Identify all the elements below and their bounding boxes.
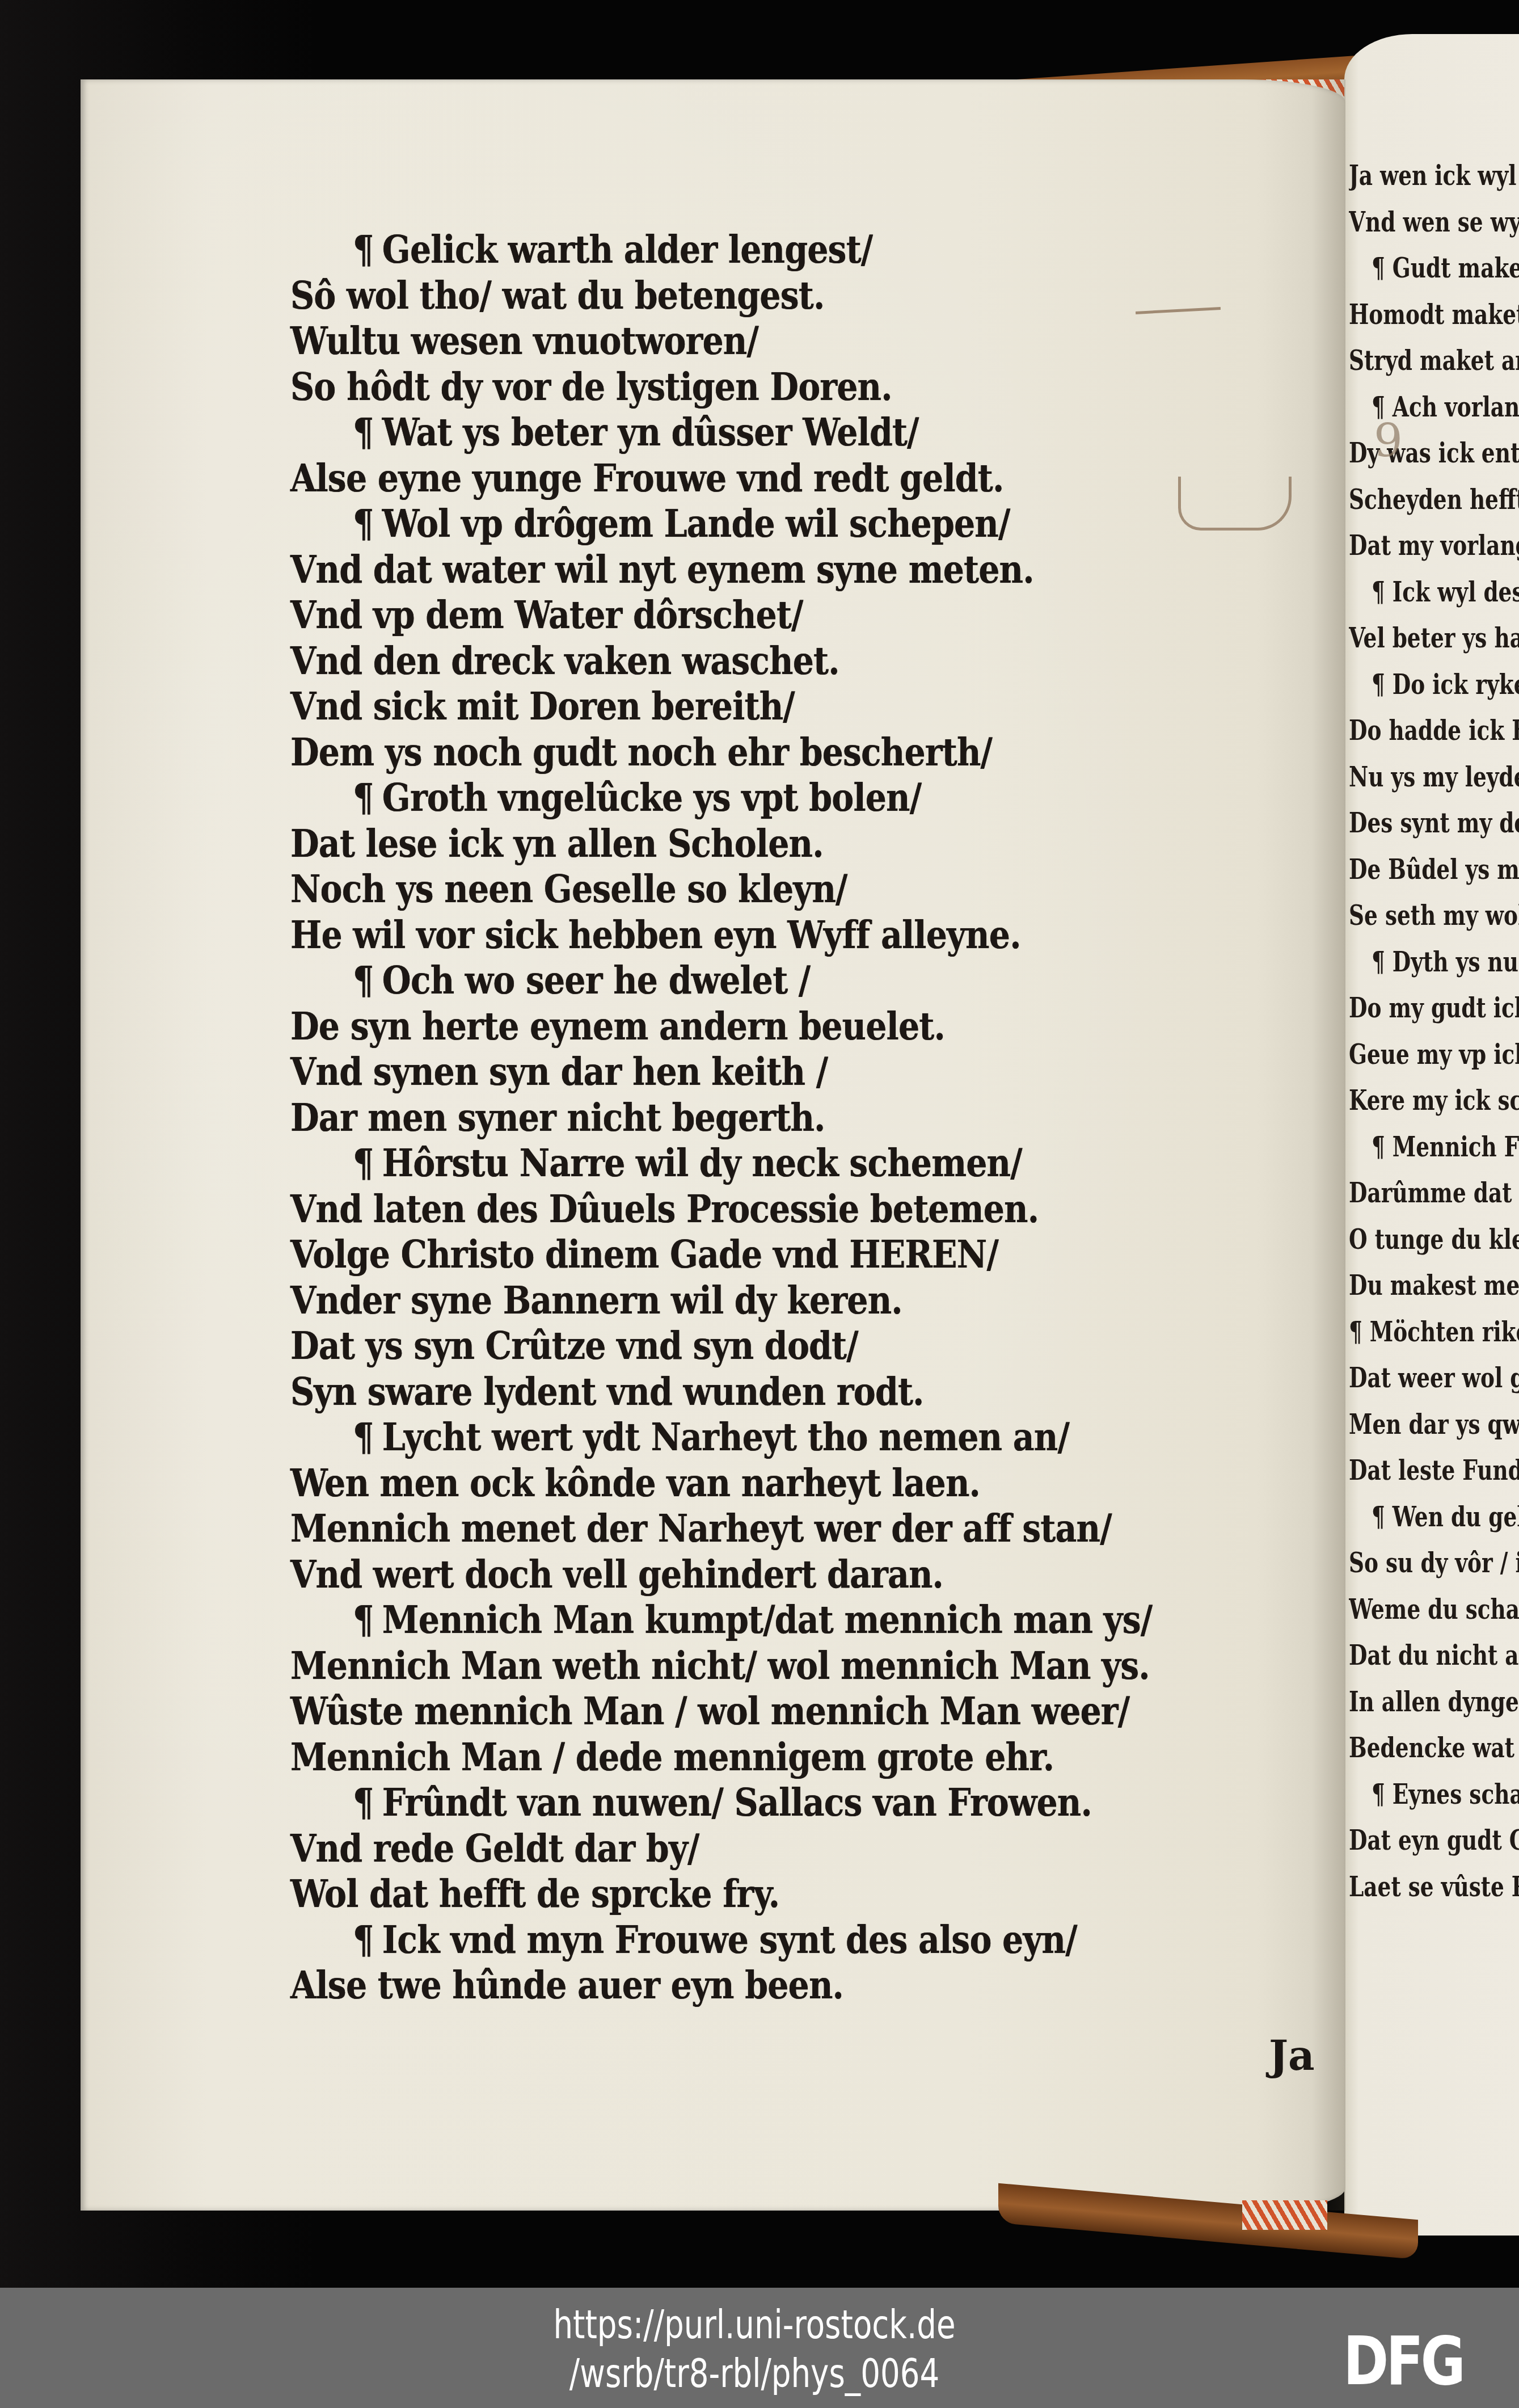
- verse-line: Vnd dat water wil nyt eynem syne meten.: [290, 547, 1034, 592]
- verse-line: ¶Wol vp drôgem Lande wil schepen/: [353, 501, 1010, 546]
- pilcrow-mark-icon: ¶: [353, 1917, 373, 1963]
- right-page-line: Do my gudt ick do dy: [1349, 991, 1519, 1025]
- handwritten-pointing-mark: [1178, 477, 1292, 531]
- gutter-shadow: [1311, 79, 1345, 2211]
- pilcrow-mark-icon: ¶: [353, 775, 373, 820]
- verse-line-text: Sô wol tho/ wat du betengest.: [290, 273, 824, 318]
- right-page-line: Dat du nicht alleist: [1349, 1639, 1519, 1673]
- right-page-line: Ja wen ick wyl / so w: [1349, 159, 1519, 193]
- right-page-line: In allen dyngen du: [1349, 1685, 1519, 1719]
- right-page-line: Dat leste Fundament: [1349, 1454, 1519, 1488]
- verse-line: Wultu wesen vnuotworen/: [290, 318, 758, 364]
- verse-line-text: Vnd dat water wil nyt eynem syne meten.: [290, 547, 1034, 592]
- right-page-line: Stryd maket armoth: [1349, 344, 1519, 378]
- verse-line-text: Vnd laten des Dûuels Processie betemen.: [290, 1186, 1039, 1232]
- right-page-line: Scheyden hefft my err: [1349, 483, 1519, 517]
- verse-line: So hôdt dy vor de lystigen Doren.: [290, 364, 892, 410]
- verse-line-text: Alse eyne yunge Frouwe vnd redt geldt.: [290, 456, 1003, 501]
- dfg-logo: DFG: [1343, 2322, 1463, 2400]
- verse-line: ¶Wat ys beter yn dûsser Weldt/: [353, 410, 919, 455]
- right-page-line: Kere my ick schende dy: [1349, 1084, 1519, 1118]
- pilcrow-mark-icon: ¶: [353, 410, 373, 455]
- verse-line-text: He wil vor sick hebben eyn Wyff alleyne.: [290, 912, 1021, 958]
- verse-line: Vnder syne Bannern wil dy keren.: [290, 1278, 902, 1323]
- verse-line-text: Dem ys noch gudt noch ehr bescherth/: [290, 730, 992, 775]
- right-page-line: Nu ys my leydet dat: [1349, 760, 1519, 794]
- right-page-line: Vnd wen se wyl / so: [1349, 205, 1519, 239]
- right-page-line: Darûmme dat de Tu: [1349, 1176, 1519, 1210]
- verse-line: Vnd den dreck vaken waschet.: [290, 638, 839, 684]
- right-page-line: Geue my vp ick stôte: [1349, 1038, 1519, 1072]
- verse-line: Dar men syner nicht begerth.: [290, 1095, 825, 1140]
- verse-line: ¶Mennich Man kumpt/dat mennich man ys/: [353, 1597, 1152, 1643]
- verse-line: Mennich Man weth nicht/ wol mennich Man …: [290, 1643, 1150, 1689]
- scan-image: Ja wen ick wyl / so wVnd wen se wyl / so…: [0, 0, 1519, 2288]
- verse-line: Dat lese ick yn allen Scholen.: [290, 821, 824, 866]
- verse-line: Vnd vp dem Water dôrschet/: [290, 592, 803, 638]
- verse-line-text: Noch ys neen Geselle so kleyn/: [290, 866, 847, 912]
- right-page-line: Laet se vûste Ryden: [1349, 1870, 1519, 1904]
- right-page-line: Homodt maket nydt /: [1349, 298, 1519, 332]
- verse-line-text: Hôrstu Narre wil dy neck schemen/: [382, 1140, 1022, 1186]
- right-page-line: Dat my vorlanget da: [1349, 529, 1519, 563]
- right-page-line: ¶ Ick wyl des w: [1372, 575, 1519, 609]
- catchword: Ja: [1269, 2031, 1315, 2079]
- verse-line: Alse eyne yunge Frouwe vnd redt geldt.: [290, 456, 1003, 501]
- verse-line: ¶Lycht wert ydt Narheyt tho nemen an/: [353, 1415, 1069, 1460]
- headband-bottom: [1242, 2200, 1327, 2230]
- url-line-1[interactable]: https://purl.uni-rostock.de: [476, 2300, 1033, 2349]
- pilcrow-mark-icon: ¶: [353, 958, 373, 1003]
- verse-line-text: Wultu wesen vnuotworen/: [290, 318, 758, 364]
- verse-line-text: Vnd sick mit Doren bereith/: [290, 684, 795, 729]
- verse-line: Vnd synen syn dar hen keith /: [290, 1049, 828, 1094]
- right-page-line: ¶ Do ick ryke w: [1372, 668, 1519, 702]
- verse-line: Dem ys noch gudt noch ehr bescherth/: [290, 730, 992, 775]
- verse-line-text: Frûndt van nuwen/ Sallacs van Frowen.: [382, 1780, 1092, 1825]
- right-page-line: Do hadde ick Frûndt: [1349, 714, 1519, 748]
- handwritten-numeral: 9: [1374, 414, 1403, 467]
- verse-line-text: Volge Christo dinem Gade vnd HEREN/: [290, 1232, 998, 1277]
- verse-line: Mennich Man / dede mennigem grote ehr.: [290, 1735, 1054, 1780]
- verse-line-text: Och wo seer he dwelet /: [382, 958, 811, 1003]
- pilcrow-mark-icon: ¶: [353, 501, 373, 546]
- verse-line: De syn herte eynem andern beuelet.: [290, 1004, 945, 1049]
- verse-line: ¶Groth vngelûcke ys vpt bolen/: [353, 775, 921, 820]
- verse-line: ¶Gelick warth alder lengest/: [353, 227, 872, 272]
- verse-line-text: De syn herte eynem andern beuelet.: [290, 1004, 945, 1049]
- right-page-line: ¶ Gudt maket m: [1372, 251, 1519, 285]
- right-page-line: ¶ Möchten rikedage: [1349, 1315, 1519, 1349]
- right-page-line: Weme du schadest eff: [1349, 1593, 1519, 1627]
- verse-line: ¶Frûndt van nuwen/ Sallacs van Frowen.: [353, 1780, 1092, 1825]
- right-page-line: ¶ Mennich Frûnd: [1372, 1130, 1519, 1164]
- right-page-line: Des synt my de Frûnd: [1349, 806, 1519, 840]
- verse-line-text: Lycht wert ydt Narheyt tho nemen an/: [382, 1415, 1069, 1460]
- handwritten-stroke: [1136, 307, 1221, 314]
- pilcrow-mark-icon: ¶: [353, 1780, 373, 1825]
- verse-line-text: Mennich Man kumpt/dat mennich man ys/: [382, 1597, 1152, 1643]
- right-page-line: Se seth my wol se ke: [1349, 899, 1519, 933]
- persistent-url[interactable]: https://purl.uni-rostock.de /wsrb/tr8-rb…: [476, 2300, 1033, 2398]
- right-page-line: ¶ Eynes scha: [1372, 1778, 1519, 1812]
- verse-line-text: Mennich Man / dede mennigem grote ehr.: [290, 1735, 1054, 1780]
- right-page-line: ¶ Dyth ys nu de: [1372, 945, 1519, 979]
- verse-line: Vnd sick mit Doren bereith/: [290, 684, 795, 729]
- right-page-line: Men dar ys qwadt: [1349, 1408, 1519, 1442]
- right-page-line: Vel beter ys hapen de: [1349, 621, 1519, 655]
- verse-line: Wûste mennich Man / wol mennich Man weer…: [290, 1689, 1129, 1734]
- right-page-line: Du makest mennich g: [1349, 1269, 1519, 1303]
- verse-line-text: Vnd vp dem Water dôrschet/: [290, 592, 803, 638]
- url-line-2[interactable]: /wsrb/tr8-rbl/phys_0064: [476, 2349, 1033, 2398]
- verse-line: Alse twe hûnde auer eyn been.: [290, 1963, 843, 2008]
- verse-line: Sô wol tho/ wat du betengest.: [290, 273, 824, 318]
- verse-line-text: So hôdt dy vor de lystigen Doren.: [290, 364, 892, 410]
- verse-line-text: Wol dat hefft de sprcke fry.: [290, 1871, 779, 1917]
- verse-line-text: Gelick warth alder lengest/: [382, 227, 872, 272]
- verse-line-text: Syn sware lydent vnd wunden rodt.: [290, 1369, 924, 1415]
- right-page-line: ¶ Wen du geka: [1372, 1500, 1519, 1534]
- pilcrow-mark-icon: ¶: [353, 1140, 373, 1186]
- verse-line: Syn sware lydent vnd wunden rodt.: [290, 1369, 924, 1415]
- right-page-line: De Bûdel ys my gew: [1349, 853, 1519, 887]
- verse-line: Volge Christo dinem Gade vnd HEREN/: [290, 1232, 998, 1277]
- verse-line-text: Mennich Man weth nicht/ wol mennich Man …: [290, 1643, 1150, 1689]
- verse-line: Vnd laten des Dûuels Processie betemen.: [290, 1186, 1039, 1232]
- verse-line: ¶Hôrstu Narre wil dy neck schemen/: [353, 1140, 1022, 1186]
- verse-line: Vnd rede Geldt dar by/: [290, 1826, 699, 1871]
- pilcrow-mark-icon: ¶: [353, 1415, 373, 1460]
- verse-line: Mennich menet der Narheyt wer der aff st…: [290, 1506, 1112, 1551]
- right-page-line: Dat weer wol groth: [1349, 1361, 1519, 1395]
- verse-line-text: Vnd rede Geldt dar by/: [290, 1826, 699, 1871]
- verse-line: He wil vor sick hebben eyn Wyff alleyne.: [290, 912, 1021, 958]
- verse-line-text: Vnder syne Bannern wil dy keren.: [290, 1278, 902, 1323]
- verse-line: Dat ys syn Crûtze vnd syn dodt/: [290, 1323, 858, 1369]
- right-page-line: O tunge du klene lyd: [1349, 1223, 1519, 1257]
- verse-line-text: Groth vngelûcke ys vpt bolen/: [382, 775, 921, 820]
- verse-line-text: Dat lese ick yn allen Scholen.: [290, 821, 824, 866]
- verse-line: ¶Ick vnd myn Frouwe synt des also eyn/: [353, 1917, 1077, 1963]
- verse-line-text: Mennich menet der Narheyt wer der aff st…: [290, 1506, 1112, 1551]
- verse-line-text: Ick vnd myn Frouwe synt des also eyn/: [382, 1917, 1077, 1963]
- verse-line: Wen men ock kônde van narheyt laen.: [290, 1460, 980, 1506]
- verse-line: ¶Och wo seer he dwelet /: [353, 958, 810, 1003]
- verse-line: Wol dat hefft de sprcke fry.: [290, 1871, 779, 1917]
- pilcrow-mark-icon: ¶: [353, 227, 373, 272]
- verse-line: Noch ys neen Geselle so kleyn/: [290, 866, 847, 912]
- verse-line-text: Wûste mennich Man / wol mennich Man weer…: [290, 1689, 1129, 1734]
- verse-line-text: Alse twe hûnde auer eyn been.: [290, 1963, 843, 2008]
- verse-line-text: Dat ys syn Crûtze vnd syn dodt/: [290, 1323, 858, 1369]
- left-page: ¶Gelick warth alder lengest/Sô wol tho/ …: [81, 79, 1345, 2211]
- right-page-line: So su dy vôr / ick dy: [1349, 1546, 1519, 1580]
- verse-line-text: Vnd wert doch vell gehindert daran.: [290, 1552, 943, 1597]
- verse-line-text: Vnd synen syn dar hen keith /: [290, 1049, 828, 1094]
- verse-line-text: Wen men ock kônde van narheyt laen.: [290, 1460, 980, 1506]
- verse-line-text: Vnd den dreck vaken waschet.: [290, 638, 839, 684]
- right-page-line: Dat eyn gudt Geseli: [1349, 1824, 1519, 1858]
- pilcrow-mark-icon: ¶: [353, 1597, 373, 1643]
- verse-line-text: Wat ys beter yn dûsser Weldt/: [382, 410, 919, 455]
- right-page-line: Bedencke wat dy da: [1349, 1731, 1519, 1765]
- verse-line-text: Dar men syner nicht begerth.: [290, 1095, 825, 1140]
- verse-line: Vnd wert doch vell gehindert daran.: [290, 1552, 943, 1597]
- verse-line-text: Wol vp drôgem Lande wil schepen/: [382, 501, 1010, 546]
